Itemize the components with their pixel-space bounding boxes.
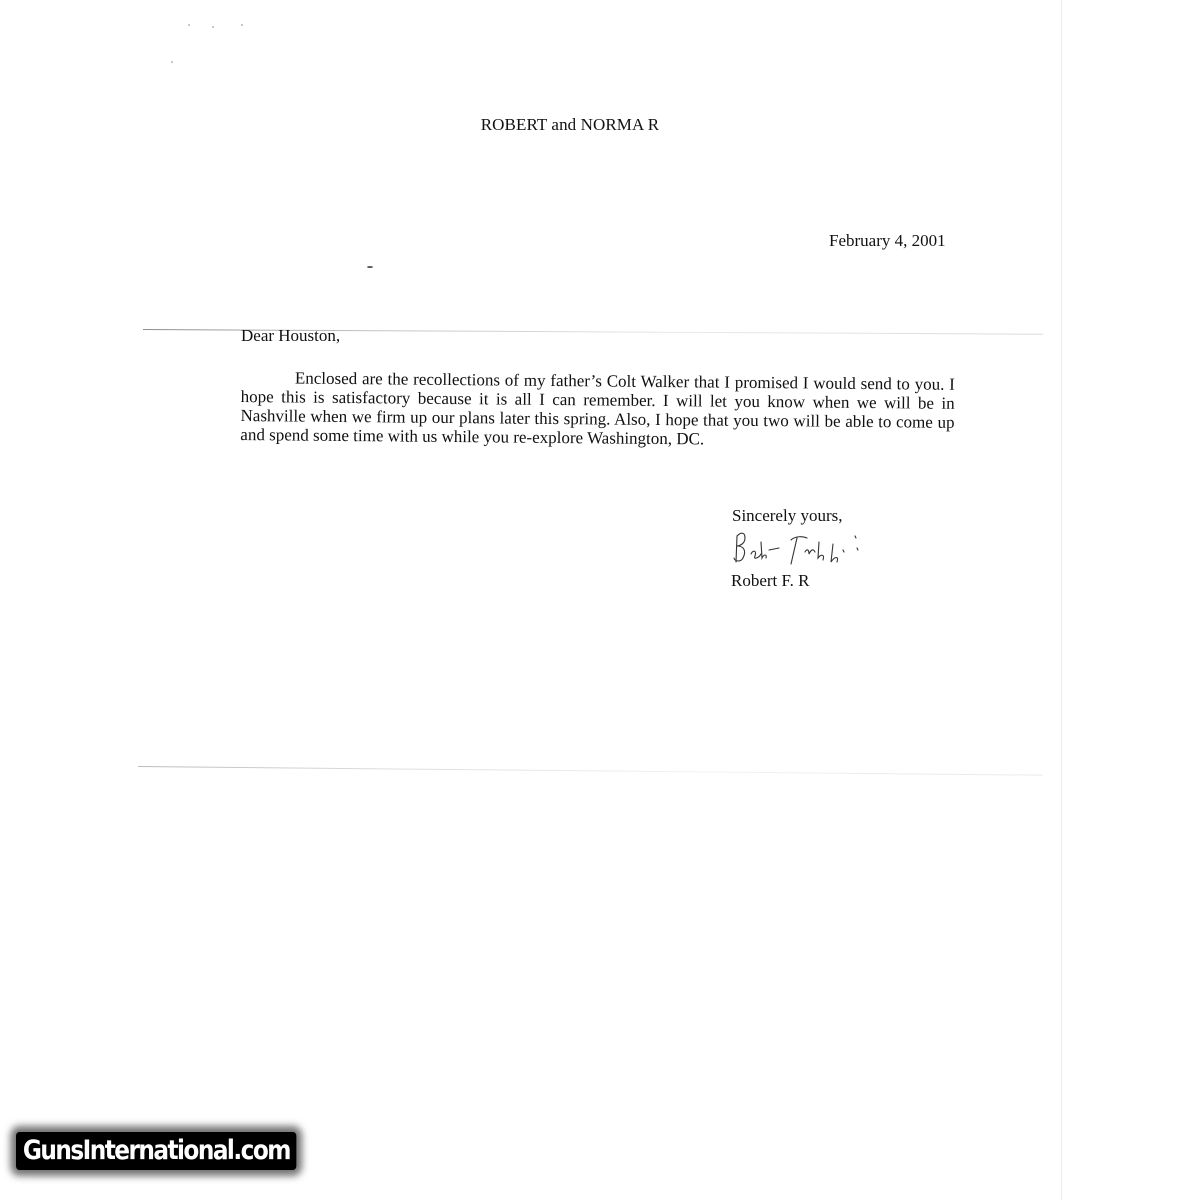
signer-name: Robert F. R bbox=[731, 571, 809, 591]
letter-body: Enclosed are the recollections of my fat… bbox=[240, 368, 955, 451]
signature-icon bbox=[731, 524, 911, 570]
watermark-logo: GunsInternational.com bbox=[16, 1132, 297, 1170]
salutation: Dear Houston, bbox=[241, 326, 340, 346]
paper-edge bbox=[1061, 0, 1062, 1200]
letterhead: ROBERT and NORMA R bbox=[0, 115, 1140, 135]
scan-speck bbox=[188, 24, 190, 26]
letter-date: February 4, 2001 bbox=[829, 231, 946, 251]
scan-speck bbox=[171, 61, 173, 63]
scan-speck bbox=[367, 266, 373, 268]
scan-speck bbox=[241, 24, 243, 26]
closing: Sincerely yours, bbox=[732, 506, 842, 526]
fold-line bbox=[138, 766, 1043, 776]
scan-speck bbox=[212, 26, 214, 28]
scanned-letter-page: ROBERT and NORMA R February 4, 2001 Dear… bbox=[0, 0, 1200, 1200]
